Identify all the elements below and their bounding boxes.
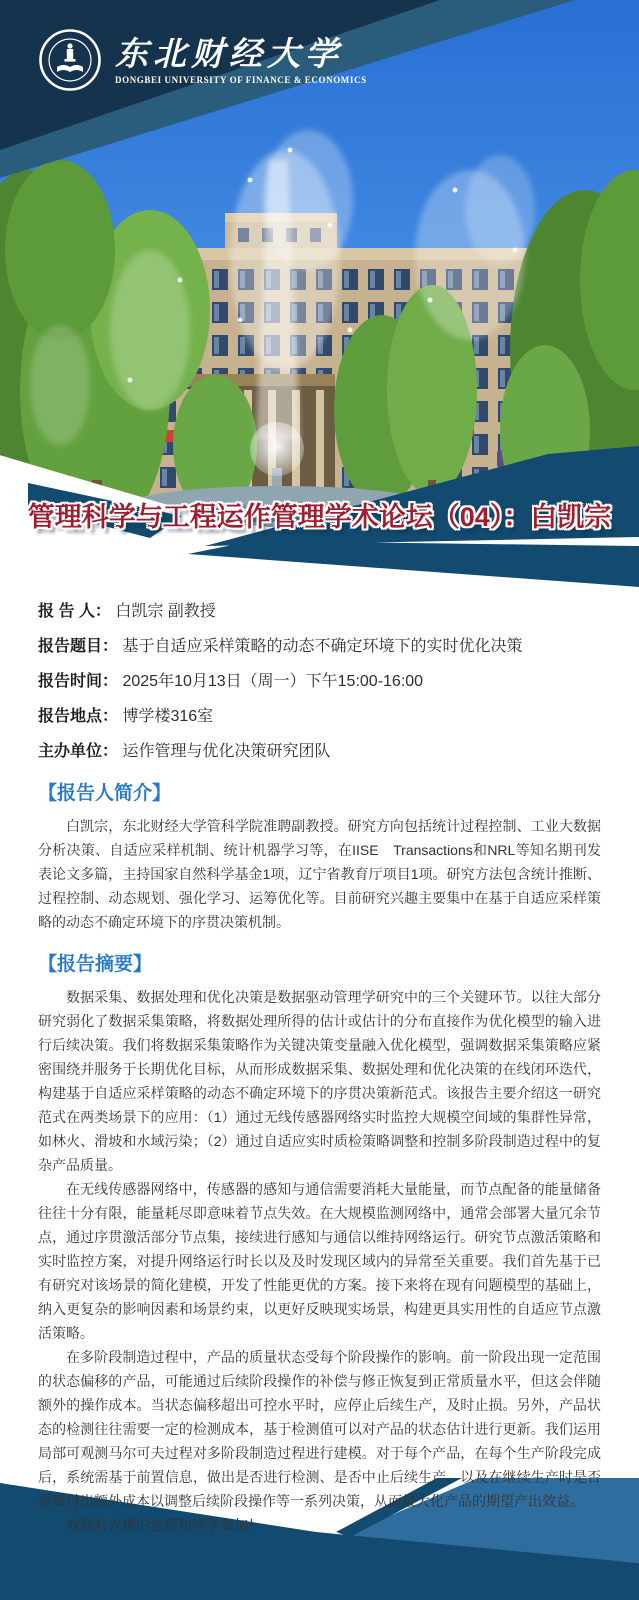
detail-label: 主办单位： (38, 743, 118, 760)
seminar-details: 报 告 人： 白凯宗 副教授 报告题目： 基于自适应采样策略的动态不确定环境下的… (38, 601, 601, 763)
forum-title: 管理科学与工程运作管理学术论坛（04）：白凯宗 (0, 495, 639, 534)
university-name: 东北财经大学 DONGBEI UNIVERSITY OF FINANCE & E… (115, 36, 367, 85)
welcome-line: 欢迎有兴趣的老师和同学参加！ (38, 1513, 601, 1537)
poster-content: 报 告 人： 白凯宗 副教授 报告题目： 基于自适应采样策略的动态不确定环境下的… (38, 601, 601, 1537)
detail-value: 博学楼316室 (122, 708, 213, 725)
detail-label: 报告地点： (38, 708, 118, 725)
seminar-poster: { "header": { "university_name_cn": "东北财… (0, 0, 639, 1600)
detail-value: 白凯宗 副教授 (115, 603, 215, 620)
detail-value: 基于自适应采样策略的动态不确定环境下的实时优化决策 (122, 638, 522, 655)
abstract-paragraph-1: 数据采集、数据处理和优化决策是数据驱动管理学研究中的三个关键环节。以往大部分研究… (38, 985, 601, 1177)
university-seal-icon (38, 28, 102, 92)
abstract-paragraph-3: 在多阶段制造过程中，产品的质量状态受每个阶段操作的影响。前一阶段出现一定范围的状… (38, 1345, 601, 1513)
detail-row-time: 报告时间： 2025年10月13日（周一）下午15:00-16:00 (38, 671, 601, 693)
detail-value: 2025年10月13日（周一）下午15:00-16:00 (122, 673, 423, 690)
abstract-paragraph-2: 在无线传感器网络中，传感器的感知与通信需要消耗大量能量，而节点配备的能量储备往往… (38, 1177, 601, 1345)
detail-label: 报告题目： (38, 638, 118, 655)
detail-row-organizer: 主办单位： 运作管理与优化决策研究团队 (38, 741, 601, 763)
abstract-section-heading: 【报告摘要】 (38, 949, 601, 976)
university-name-cn: 东北财经大学 (115, 36, 367, 72)
bio-paragraph: 白凯宗，东北财经大学管科学院准聘副教授。研究方向包括统计过程控制、工业大数据分析… (38, 814, 601, 934)
title-band: 管理科学与工程运作管理学术论坛（04）：白凯宗 (0, 440, 639, 615)
university-name-en: DONGBEI UNIVERSITY OF FINANCE & ECONOMIC… (115, 75, 367, 85)
detail-label: 报 告 人： (38, 603, 111, 620)
bio-section-heading: 【报告人简介】 (38, 778, 601, 805)
university-logo: 东北财经大学 DONGBEI UNIVERSITY OF FINANCE & E… (38, 28, 367, 92)
detail-row-topic: 报告题目： 基于自适应采样策略的动态不确定环境下的实时优化决策 (38, 636, 601, 658)
detail-row-speaker: 报 告 人： 白凯宗 副教授 (38, 601, 601, 623)
detail-label: 报告时间： (38, 673, 118, 690)
detail-value: 运作管理与优化决策研究团队 (122, 743, 330, 760)
detail-row-location: 报告地点： 博学楼316室 (38, 706, 601, 728)
